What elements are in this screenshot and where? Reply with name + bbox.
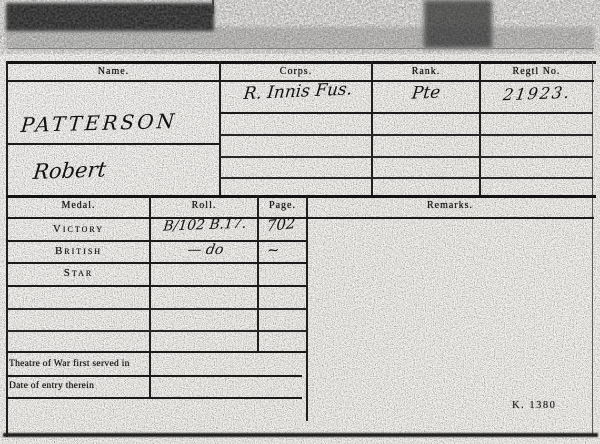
row-line <box>219 177 593 179</box>
victory-page-handwriting: 702 <box>258 213 304 236</box>
date-row-line <box>6 397 302 399</box>
top-right-smudge <box>424 0 492 48</box>
scan-edge-line <box>8 48 594 49</box>
british-page-ditto-handwriting: ~ <box>258 240 289 260</box>
top-left-smudge <box>6 3 214 31</box>
row-line <box>6 285 307 287</box>
surname-handwriting: PATTERSON <box>20 109 178 137</box>
date-of-entry-label: Date of entry therein <box>9 381 94 391</box>
theatre-of-war-label: Theatre of War first served in <box>9 359 130 369</box>
medal-table-top-border <box>6 195 596 198</box>
column-header-rank: Rank. <box>373 66 479 77</box>
column-header-regtl-no: Regtl No. <box>481 66 592 77</box>
medal-index-card-scan: Name. Corps. Rank. Regtl No. PATTERSON R… <box>0 0 600 444</box>
corps-value-handwriting: R. Innis Fus. <box>224 79 372 105</box>
victory-roll-handwriting: B/102 B.17. <box>152 215 258 235</box>
theatre-row-line <box>6 375 302 377</box>
card-right-border <box>592 62 593 435</box>
row-line <box>219 112 593 114</box>
row-line <box>6 262 307 264</box>
top-smudge-strip <box>6 27 594 49</box>
form-code: K. 1380 <box>512 400 556 411</box>
surname-underline <box>8 143 219 145</box>
column-header-remarks: Remarks. <box>308 200 592 211</box>
top-band-grain-overlay <box>0 0 600 54</box>
top-notch-mark <box>212 0 214 14</box>
card-bottom-border <box>3 433 598 437</box>
british-roll-ditto-handwriting: — do <box>152 242 259 258</box>
medal-row-victory-label: Victory <box>8 223 149 235</box>
row-line <box>219 134 593 136</box>
card-top-border <box>6 61 596 64</box>
rank-value-handwriting: Pte <box>373 81 479 105</box>
column-header-medal: Medal. <box>8 200 149 211</box>
column-header-page: Page. <box>259 200 306 211</box>
column-header-name: Name. <box>8 66 219 77</box>
row-line <box>6 351 307 353</box>
forename-handwriting: Robert <box>32 157 107 184</box>
regtl-no-value-handwriting: 21923. <box>481 82 594 105</box>
medal-roll-divider <box>149 195 151 398</box>
row-line <box>6 330 307 332</box>
medal-row-star-label: Star <box>8 267 149 279</box>
row-line <box>219 156 593 158</box>
medal-row-british-label: British <box>8 245 149 257</box>
column-header-roll: Roll. <box>151 200 257 211</box>
row-line <box>6 308 307 310</box>
column-header-corps: Corps. <box>221 66 371 77</box>
